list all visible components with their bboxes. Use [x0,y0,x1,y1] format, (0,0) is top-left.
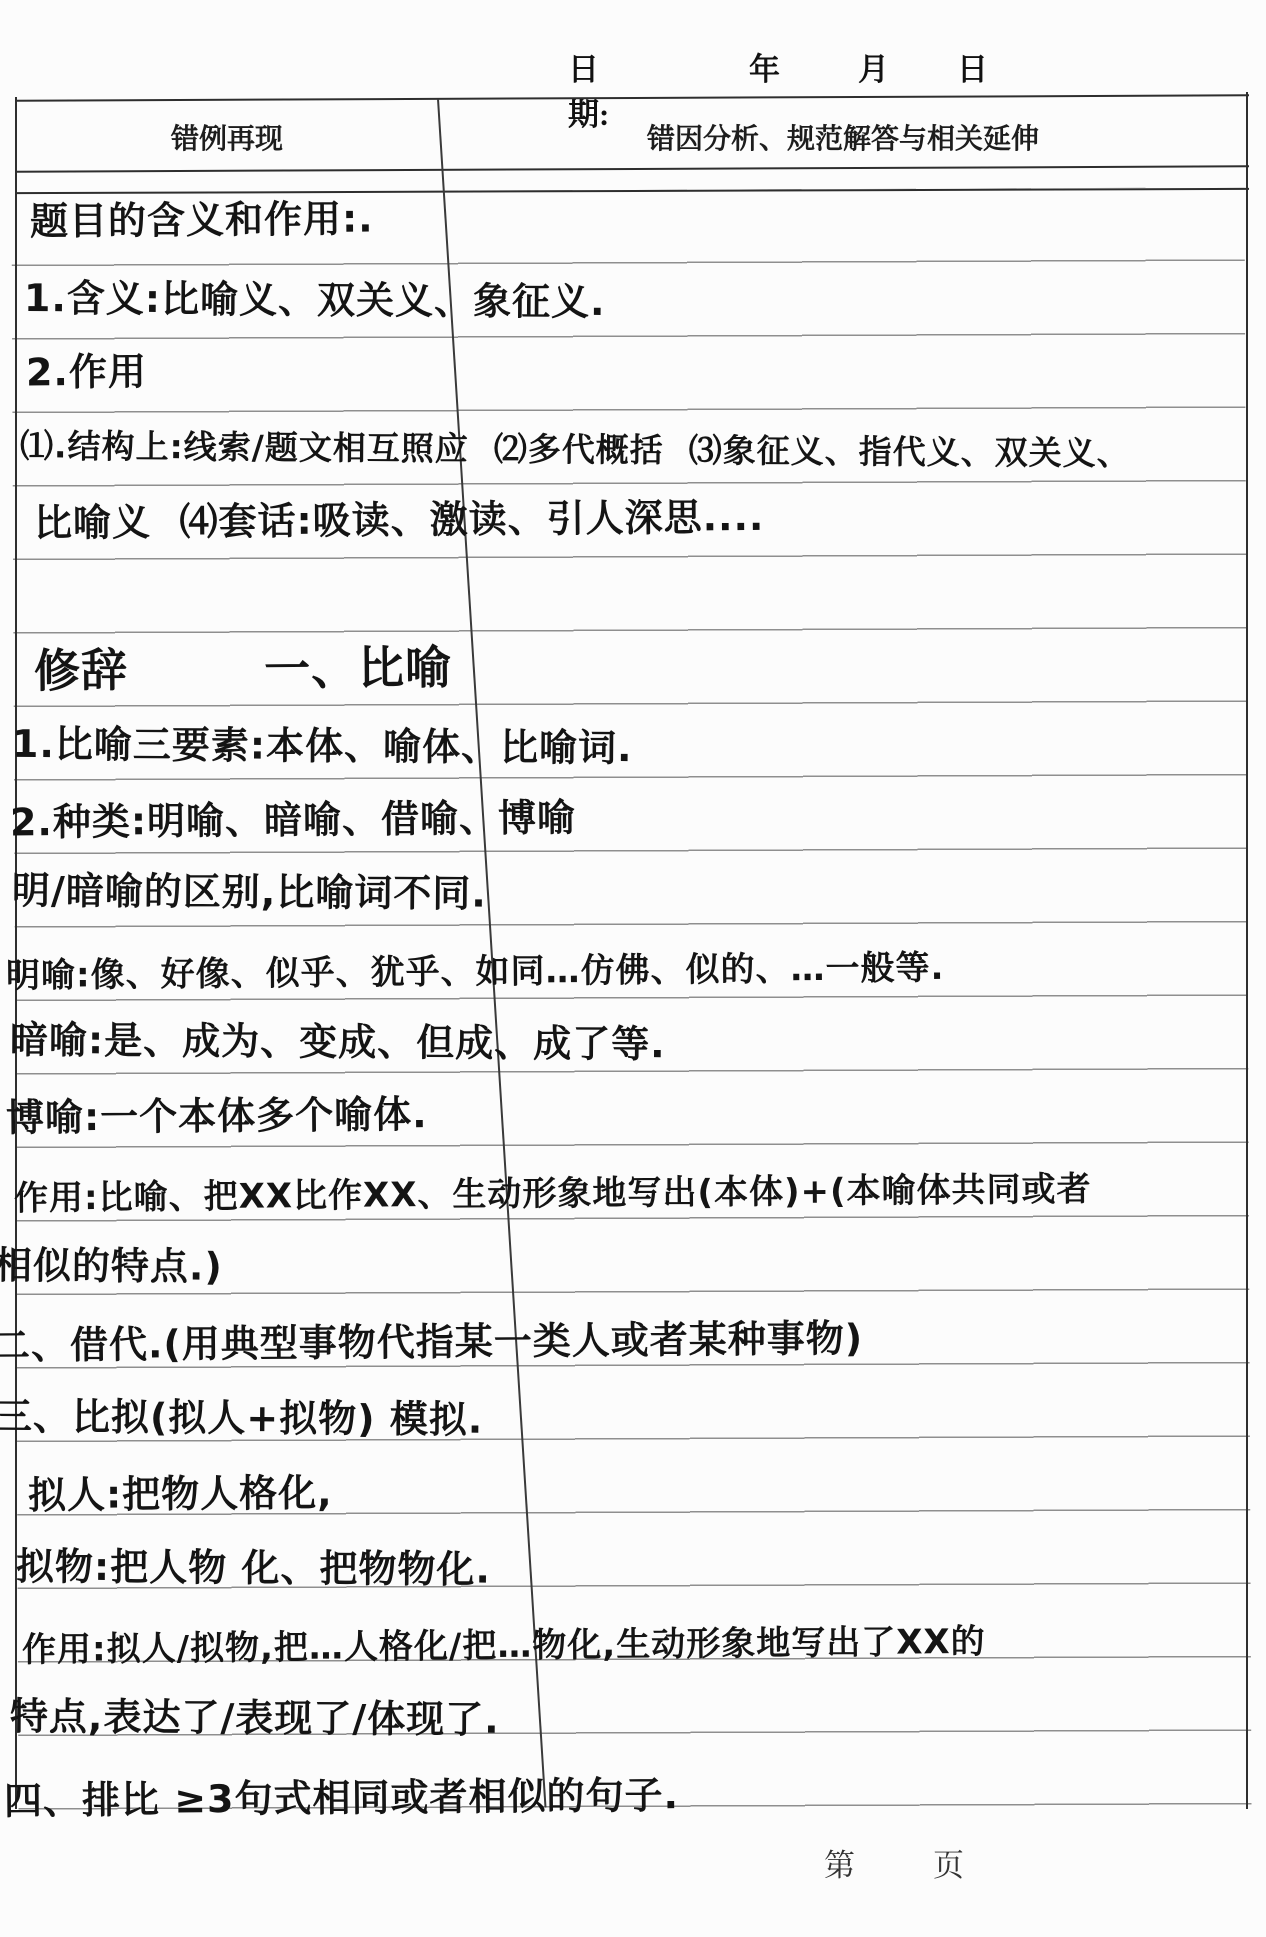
handwritten-line: 拟物:把人物 化、把物物化. [16,1546,491,1591]
handwritten-line: 2.种类:明喻、暗喻、借喻、博喻 [10,798,576,845]
handwritten-line: 2.作用 [26,351,147,394]
table-right-border [1246,92,1248,1809]
header-bottom-border [15,165,1249,172]
page-footer: 第 页 [824,1840,1144,1885]
handwritten-line: ⑴.结构上:线索/题文相互照应 ⑵多代概括 ⑶象征义、指代义、双关义、 [20,428,1131,472]
handwritten-line: 相似的特点.) [0,1245,223,1288]
column-header-error-example: 错例再现 [18,112,436,162]
handwritten-line: 二、借代.(用典型事物代指某一类人或者某种事物) [0,1318,863,1367]
handwritten-line: 修辞 一、比喻 [34,642,453,696]
handwritten-line: 暗喻:是、成为、变成、但成、成了等. [10,1020,666,1066]
handwritten-line: 三、比拟(拟人+拟物) 模拟. [0,1396,483,1441]
handwritten-line: 明/暗喻的区别,比喻词不同. [12,870,487,915]
handwritten-line: 比喻义 ⑷套话:吸读、激读、引人深思.... [34,497,765,545]
handwritten-line: 题目的含义和作用:. [30,199,374,244]
column-header-analysis: 错因分析、规范解答与相关延伸 [440,112,1246,162]
table-top-border [15,94,1249,101]
handwritten-line: 明喻:像、好像、似乎、犹乎、如同…仿佛、似的、…一般等. [6,950,945,996]
handwritten-line: 作用:拟人/拟物,把…人格化/把…物化,生动形象地写出了XX的 [22,1624,986,1670]
page-number-blank [855,1840,933,1885]
handwritten-line: 四、排比 ≥3句式相同或者相似的句子. [4,1775,679,1823]
page-number-suffix: 页 [933,1840,964,1885]
handwritten-line: 1.比喻三要素:本体、喻体、比喻词. [12,724,633,770]
handwritten-line: 特点,表达了/表现了/体现了. [10,1696,500,1741]
handwritten-line: 1.含义:比喻义、双关义、象征义. [24,278,606,324]
handwritten-line: 拟人:把物人格化, [28,1473,333,1517]
page-number-prefix: 第 [824,1840,855,1885]
handwritten-line: 博喻:一个本体多个喻体. [6,1094,428,1139]
